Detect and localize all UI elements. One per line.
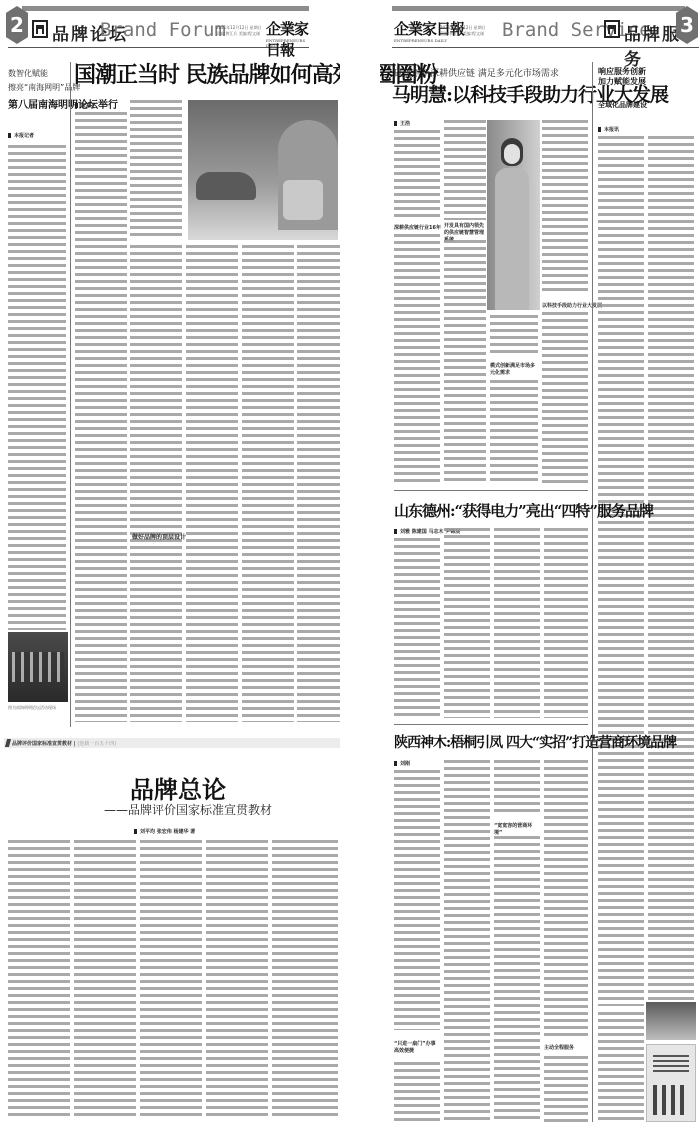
lead-body-col-3: [186, 245, 238, 722]
issue-meta: 2021年12月12日 星期日 责编:曾江兵 美编:程文刚: [216, 25, 262, 37]
lead-body-col-4: [242, 245, 294, 722]
side-byline: 本报记者: [8, 132, 34, 139]
bottom-body-col-1b: [394, 1062, 440, 1122]
issue-meta: 2021年12月12日 星期日 责编:曾江兵 美编:程文刚: [440, 25, 486, 37]
lead-subhead: 做好品牌的顶层设计: [132, 532, 186, 541]
masthead-bar: [392, 6, 685, 11]
middle-body-col-4: [544, 528, 588, 718]
side-headline: 第八届南海明明论坛举行: [8, 96, 118, 111]
bottom-body-col-3b: [494, 836, 540, 1122]
paper-name-en: ENTREPRENEURS DAILY: [394, 38, 447, 43]
side-photo: [8, 632, 68, 702]
bottom-body-col-4b: [544, 1056, 588, 1122]
side-kicker-1: 数智化赋能: [8, 68, 48, 79]
brand-logo-icon: [604, 20, 620, 38]
masthead-rule: [8, 47, 309, 48]
banner-slash-icon: [5, 739, 11, 747]
lead-body-col-4a: [542, 120, 588, 295]
column-divider: [592, 62, 593, 1122]
page-number-badge: 3: [676, 6, 698, 44]
side-photo-2: [646, 1044, 696, 1122]
bottom-body-col-4: [206, 840, 268, 1120]
lead-subhead-4: 以科技手段助力行业大发展: [542, 302, 602, 309]
bottom-subtitle: ——品牌评价国家标准宣贯教材: [104, 801, 272, 818]
bottom-headline: 品牌总论: [130, 770, 226, 805]
bottom-byline: 刘平均 张宏伟 杨建华 著: [134, 828, 195, 835]
lead-body-col-1a: [394, 130, 440, 220]
bottom-body-col-5: [272, 840, 338, 1120]
section-rule: [394, 724, 588, 725]
side-body-col-1b: [598, 1012, 644, 1122]
lead-kicker: 砥砺创新深耕供应链 满足多元化市场需求: [394, 66, 559, 79]
lead-body-col-2a: [130, 100, 182, 240]
bottom-body-col-4a: [544, 760, 588, 1038]
lead-body-col-1: [75, 112, 127, 722]
lead-subhead-1: 深耕供应链行业16年: [394, 224, 441, 231]
page-2-brand-forum: 2 品牌论坛 Brand Forum 2021年12月12日 星期日 责编:曾江…: [0, 0, 350, 1126]
side-headline: 响应服务创新 加力赋能发展: [598, 66, 650, 86]
lead-body-col-2a: [444, 120, 486, 220]
editors: 责编:曾江兵 美编:程文刚: [216, 31, 262, 37]
editors: 责编:曾江兵 美编:程文刚: [440, 31, 486, 37]
side-body-col-1: [598, 136, 644, 1006]
lead-byline: 张嘉平: [75, 102, 96, 109]
side-byline: 本报讯: [598, 126, 619, 133]
side-body-text: [8, 145, 66, 630]
lead-subhead-3: 模式创新满足市场多元化需求: [490, 362, 538, 376]
middle-headline: 山东德州:“获得电力”亮出“四特”服务品牌: [394, 500, 653, 521]
lead-body-col-5: [297, 245, 341, 722]
column-title-en: Brand Forum: [100, 19, 226, 41]
masthead-right: 企業家日報 ENTREPRENEURS DAILY 2021年12月12日 星期…: [392, 6, 699, 48]
lead-body-col-3a: [490, 315, 538, 355]
lead-byline: 王浩: [394, 120, 410, 127]
bottom-body-col-3: [140, 840, 202, 1120]
page-3-brand-service: 企業家日報 ENTREPRENEURS DAILY 2021年12月12日 星期…: [350, 0, 699, 1126]
lead-body-col-2b: [444, 240, 486, 484]
bottom-subhead-1: “宽宽容的营商环境”: [494, 822, 540, 836]
column-divider: [70, 62, 71, 727]
bottom-body-col-2: [444, 760, 490, 1122]
serial-banner-label: 品牌评价国家标准宣贯教材 | (连载一百五十四): [12, 740, 116, 747]
page-number-badge: 2: [6, 6, 28, 44]
lead-body-col-2b: [130, 245, 182, 722]
bottom-body-col-2: [74, 840, 136, 1120]
middle-body-col-1: [394, 538, 440, 718]
lead-photo-car: [188, 100, 338, 240]
masthead-bar: [22, 6, 309, 11]
side-subtitle: 全域化品牌建设: [598, 100, 647, 110]
bottom-headline: 陕西神木:梧桐引凤 四大“实招”打造营商环境品牌: [394, 732, 676, 752]
lead-photo-portrait: [487, 120, 540, 310]
section-rule: [394, 490, 588, 491]
bottom-body-col-1a: [394, 770, 440, 1030]
masthead-left: 2 品牌论坛 Brand Forum 2021年12月12日 星期日 责编:曾江…: [4, 6, 309, 48]
lead-body-col-1b: [394, 234, 440, 484]
bottom-subhead-3: “只进一扇门”办事高效便捷: [394, 1040, 440, 1054]
side-photo-caption: 图为南海明明论坛活动现场: [8, 705, 68, 711]
side-photo-1: [646, 1002, 696, 1040]
lead-body-col-3b: [490, 380, 538, 484]
bottom-body-col-3a: [494, 760, 540, 816]
paper-name-en: ENTREPRENEURS DAILY: [266, 38, 309, 48]
bottom-subhead-4: 主动全程服务: [544, 1044, 588, 1051]
bottom-body-col-1: [8, 840, 70, 1120]
lead-body-col-4b: [542, 312, 588, 484]
side-body-col-2: [648, 136, 694, 1006]
serial-banner: 品牌评价国家标准宣贯教材 | (连载一百五十四): [4, 738, 340, 748]
brand-logo-icon: [32, 20, 48, 38]
middle-body-col-2: [444, 528, 490, 718]
middle-body-col-3: [494, 528, 540, 718]
bottom-byline: 刘刚: [394, 760, 410, 767]
